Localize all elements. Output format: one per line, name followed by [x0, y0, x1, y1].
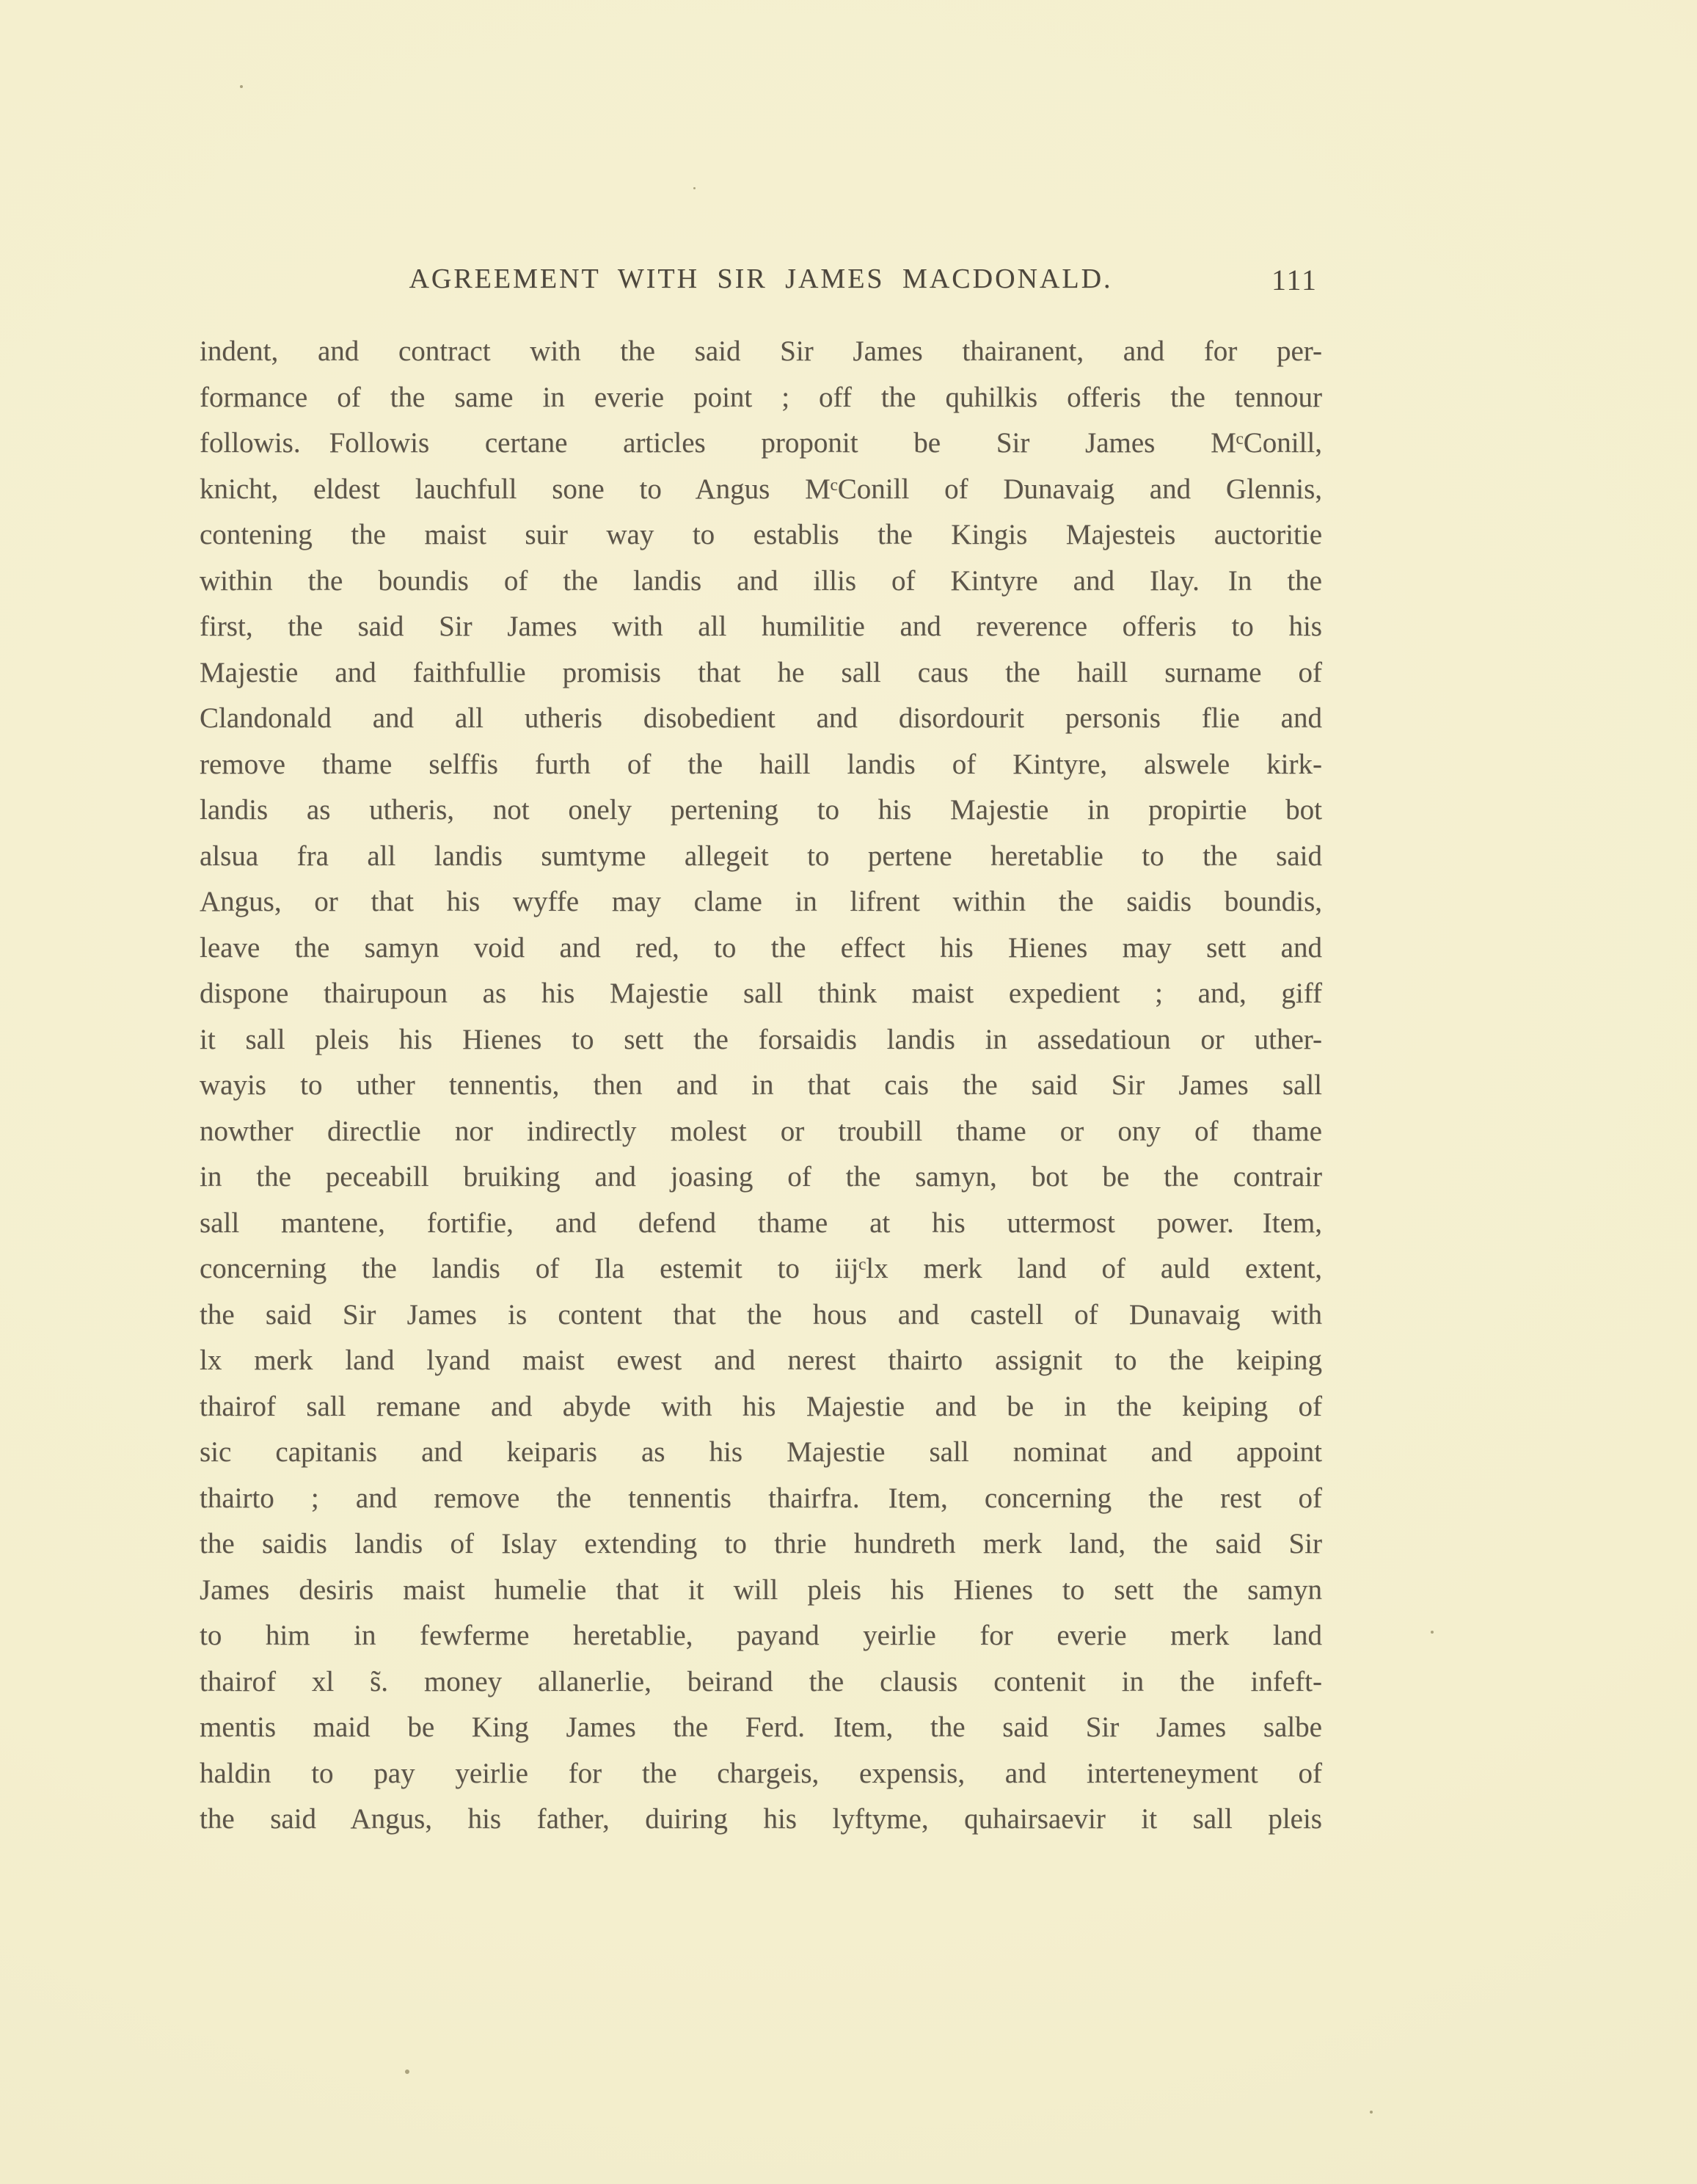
paper-speck [1431, 1631, 1434, 1634]
text-line: to him in fewferme heretablie, payand ye… [200, 1613, 1322, 1659]
text-line: the said Sir James is content that the h… [200, 1292, 1322, 1339]
paper-speck [1370, 2111, 1373, 2114]
text-line: alsua fra all landis sumtyme allegeit to… [200, 834, 1322, 880]
text-line: first, the said Sir James with all humil… [200, 604, 1322, 650]
book-page-scan: AGREEMENT WITH SIR JAMES MACDONALD. 111 … [0, 0, 1697, 2184]
text-line: remove thame selffis furth of the haill … [200, 742, 1322, 788]
text-line: sic capitanis and keiparis as his Majest… [200, 1430, 1322, 1476]
text-line: Majestie and faithfullie promisis that h… [200, 650, 1322, 696]
text-line: in the peceabill bruiking and joasing of… [200, 1154, 1322, 1201]
text-line: followis. Followis certane articles prop… [200, 421, 1322, 467]
text-line: thairof sall remane and abyde with his M… [200, 1384, 1322, 1430]
text-line: James desiris maist humelie that it will… [200, 1568, 1322, 1614]
running-title: AGREEMENT WITH SIR JAMES MACDONALD. [200, 263, 1322, 295]
text-line: wayis to uther tennentis, then and in th… [200, 1063, 1322, 1109]
text-line: concerning the landis of Ila estemit to … [200, 1246, 1322, 1292]
paper-speck [240, 85, 243, 88]
text-line: landis as utheris, not onely pertening t… [200, 787, 1322, 834]
text-line: Clandonald and all utheris disobedient a… [200, 696, 1322, 742]
text-line: leave the samyn void and red, to the eff… [200, 925, 1322, 972]
text-line: indent, and contract with the said Sir J… [200, 329, 1322, 375]
text-line: formance of the same in everie point ; o… [200, 375, 1322, 421]
text-line: it sall pleis his Hienes to sett the for… [200, 1017, 1322, 1063]
page-header: AGREEMENT WITH SIR JAMES MACDONALD. 111 [200, 263, 1322, 307]
text-line: nowther directlie nor indirectly molest … [200, 1109, 1322, 1155]
text-line: dispone thairupoun as his Majestie sall … [200, 971, 1322, 1017]
text-line: within the boundis of the landis and ill… [200, 558, 1322, 605]
paper-speck [693, 187, 696, 189]
text-line: the said Angus, his father, duiring his … [200, 1797, 1322, 1843]
text-line: Angus, or that his wyffe may clame in li… [200, 879, 1322, 925]
text-line: thairto ; and remove the tennentis thair… [200, 1476, 1322, 1522]
text-line: the saidis landis of Islay extending to … [200, 1521, 1322, 1568]
text-line: contening the maist suir way to establis… [200, 512, 1322, 558]
paper-speck [405, 2070, 409, 2074]
text-line: mentis maid be King James the Ferd. Item… [200, 1705, 1322, 1751]
text-line: thairof xl s̃. money allanerlie, beirand… [200, 1659, 1322, 1706]
page-number: 111 [1271, 263, 1318, 297]
text-line: haldin to pay yeirlie for the chargeis, … [200, 1751, 1322, 1797]
body-text-block: indent, and contract with the said Sir J… [200, 329, 1322, 1843]
text-line: sall mantene, fortifie, and defend thame… [200, 1201, 1322, 1247]
text-line: lx merk land lyand maist ewest and neres… [200, 1338, 1322, 1384]
text-line: knicht, eldest lauchfull sone to Angus M… [200, 467, 1322, 513]
